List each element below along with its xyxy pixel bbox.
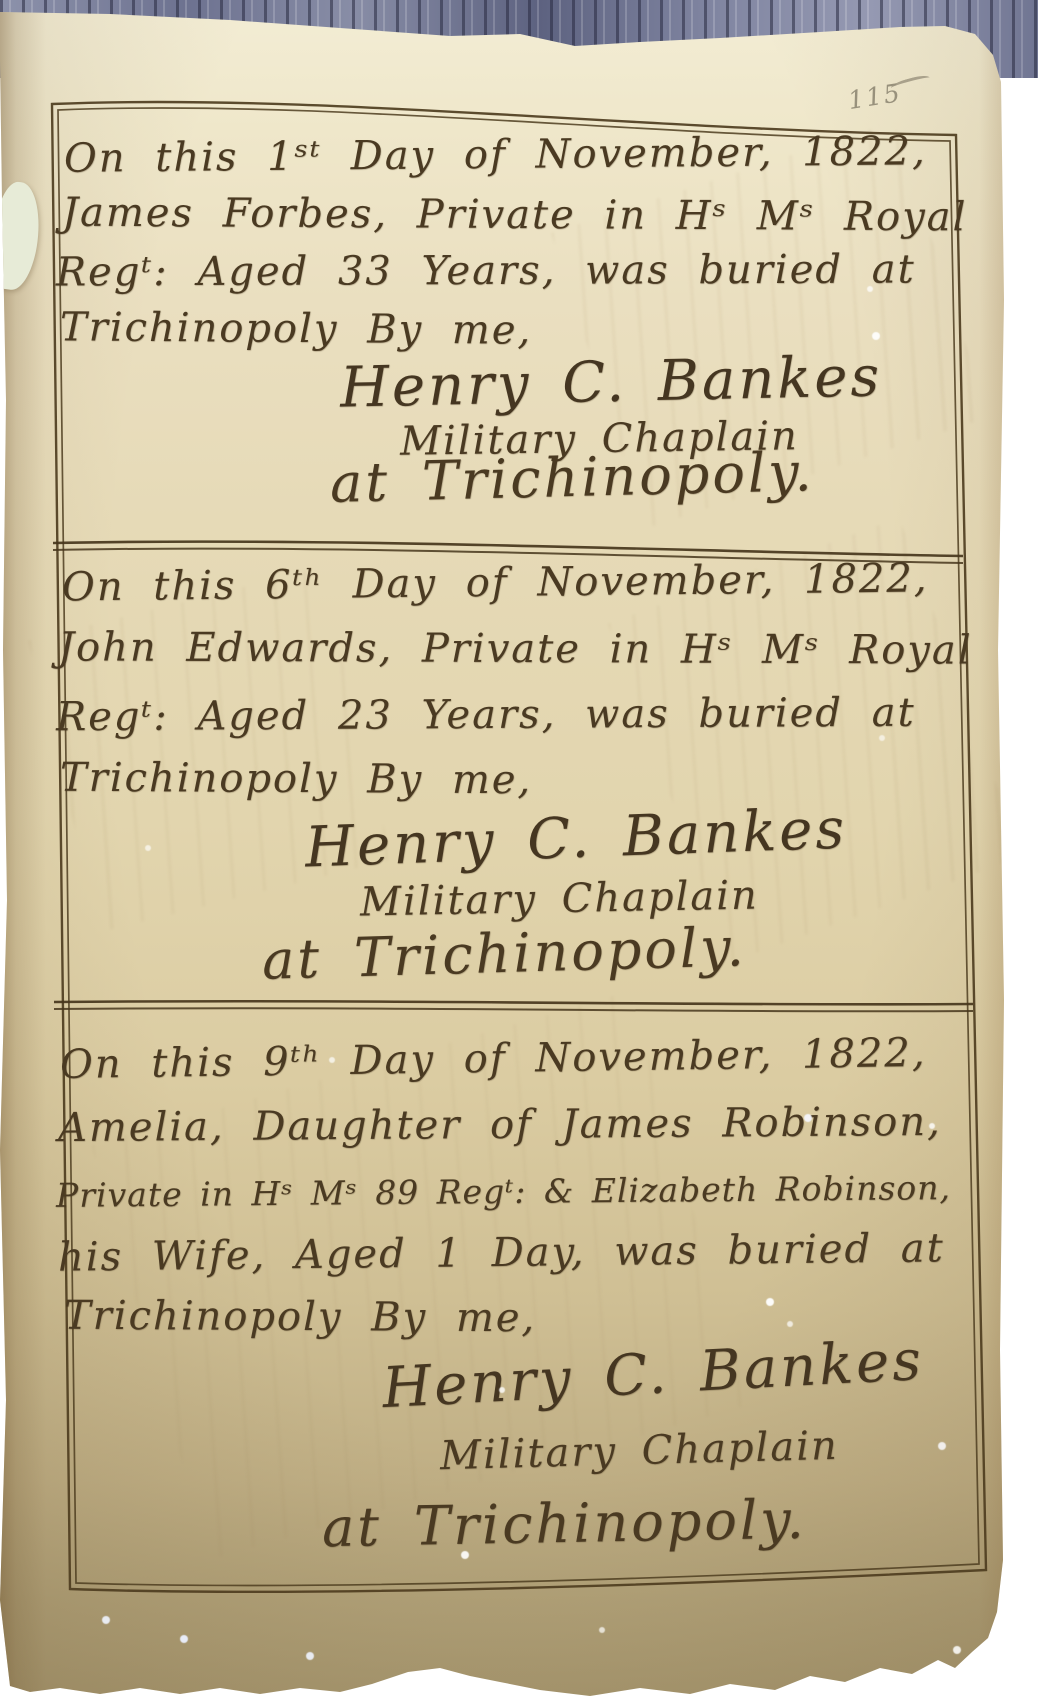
entry-line: Amelia, Daughter of James Robinson,	[58, 1099, 942, 1151]
entry-line: John Edwards, Private in Hˢ Mˢ Royal	[58, 624, 973, 673]
signer-place: at Trichinopoly.	[329, 440, 815, 515]
entry-line: Trichinopoly By me,	[64, 1293, 536, 1341]
entry-line: Regᵗ: Aged 23 Years, was buried at	[56, 690, 916, 741]
manuscript-page: 115 On this 1ˢᵗ Day of November, 1822, J…	[0, 0, 1005, 1698]
entry-line: Trichinopoly By me,	[60, 755, 532, 803]
chaplain-signature: Henry C. Bankes	[339, 344, 882, 420]
entry-line: On this 1ˢᵗ Day of November, 1822,	[64, 128, 927, 182]
signer-place: at Trichinopoly.	[321, 1488, 807, 1559]
entry-divider-2	[54, 1008, 973, 1011]
entry-line: his Wife, Aged 1 Day, was buried at	[58, 1225, 945, 1280]
entry-line: Regᵗ: Aged 33 Years, was buried at	[56, 246, 916, 295]
photographed-register-page: { "page_number": "115", "colors": { "ink…	[0, 0, 1038, 1698]
entry-line: Trichinopoly By me,	[60, 304, 533, 353]
entry-line: Private in Hˢ Mˢ 89 Regᵗ: & Elizabeth Ro…	[56, 1168, 951, 1215]
entry-line: On this 6ᵗʰ Day of November, 1822,	[62, 555, 929, 610]
entry-line: James Forbes, Private in Hˢ Mˢ Royal	[62, 190, 968, 241]
entry-divider-2	[54, 1001, 973, 1004]
